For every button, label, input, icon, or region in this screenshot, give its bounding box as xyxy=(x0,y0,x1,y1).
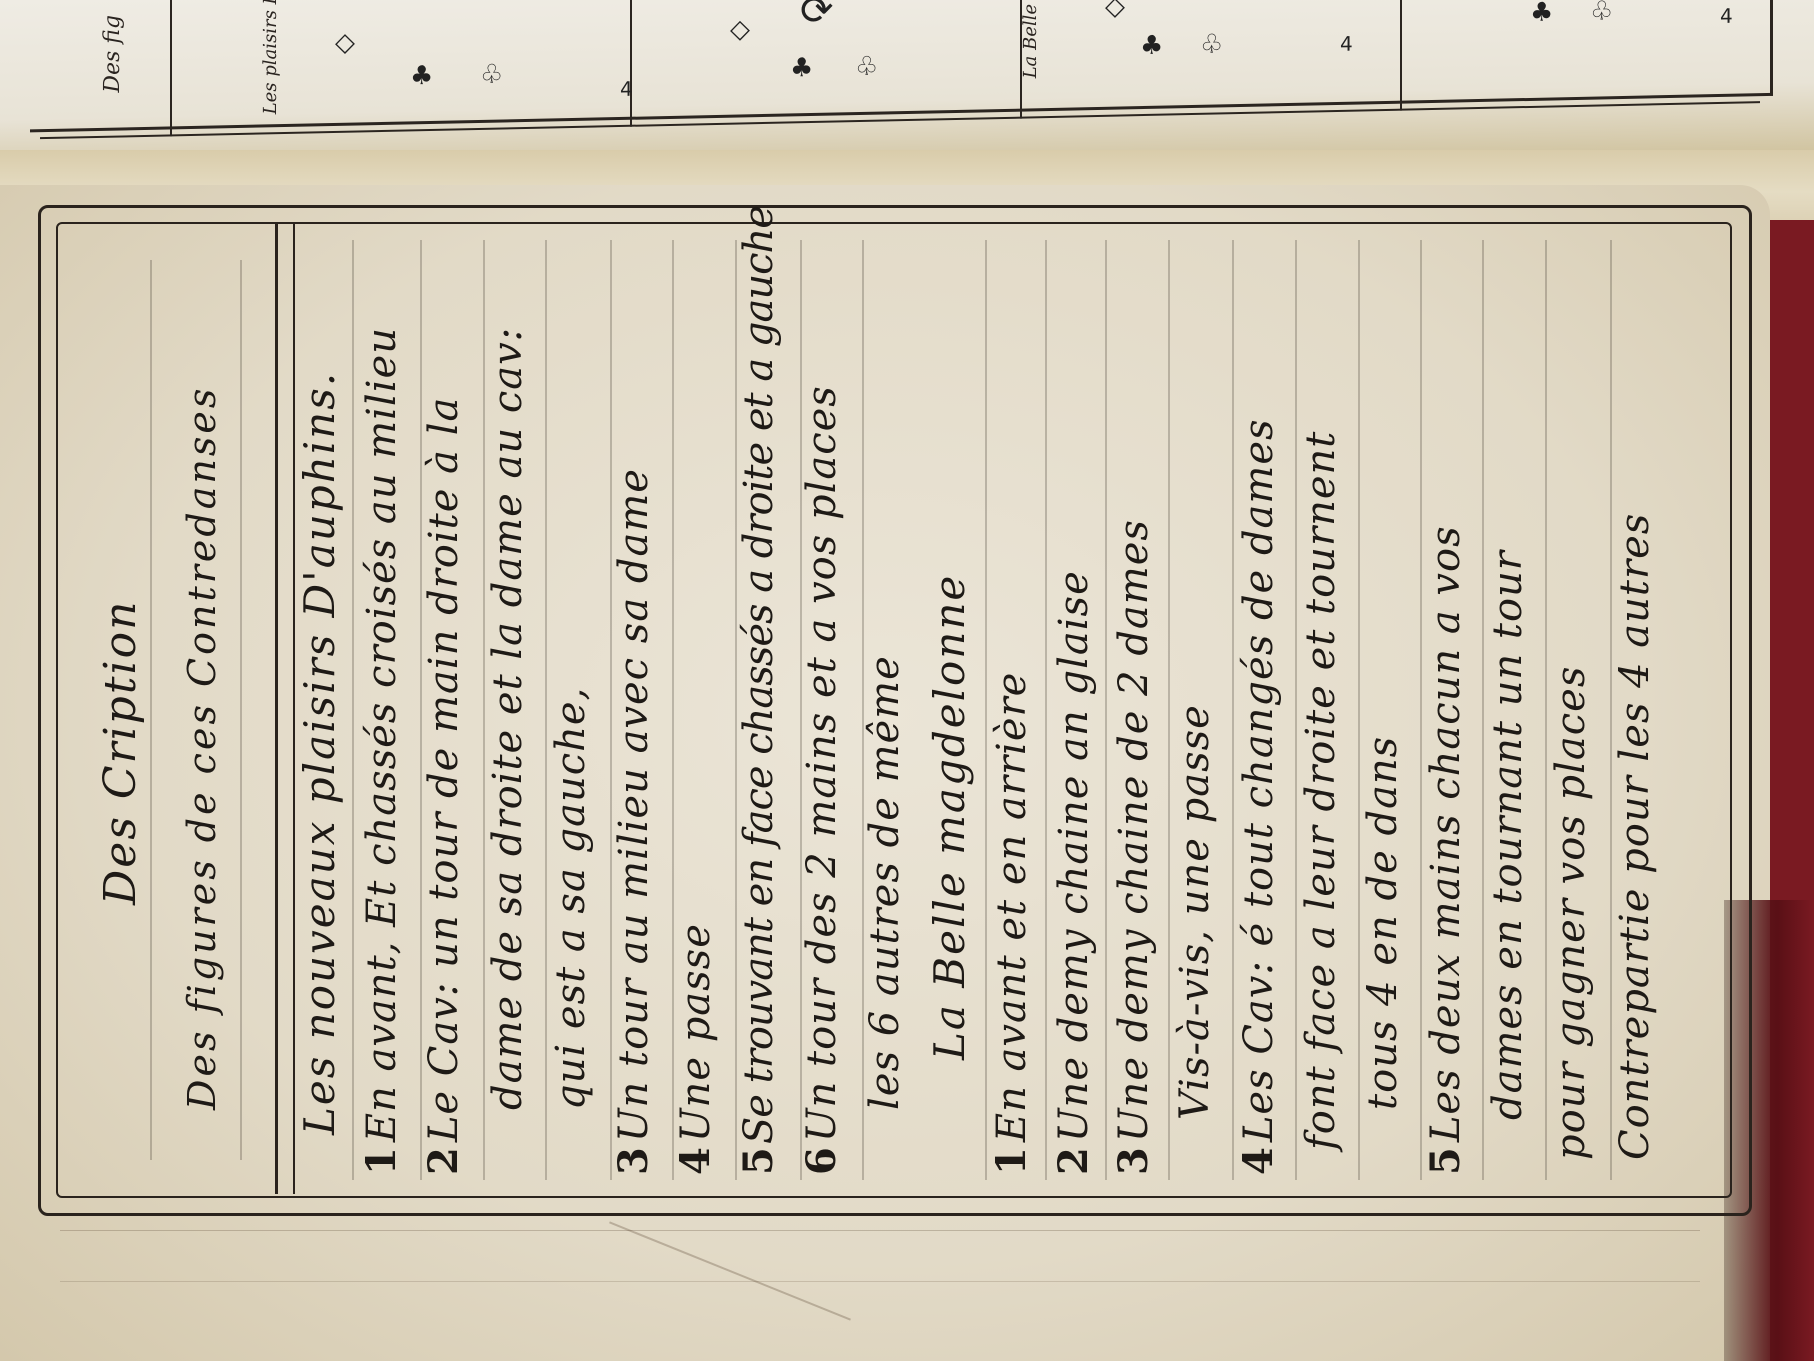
club-filled-icon: ♣ xyxy=(1140,31,1163,61)
line-text: Le Cav: un tour de main droite à la xyxy=(421,397,467,1143)
dance-line: 5Les deux mains chacun a vos xyxy=(1422,525,1469,1175)
club-filled-icon: ♣ xyxy=(1530,0,1553,28)
dance-line: 1En avant et en arrière xyxy=(988,672,1035,1175)
previous-page-divider xyxy=(170,0,172,136)
dance-line: font face a leur droite et tournent xyxy=(1298,431,1344,1150)
club-outline-icon: ♧ xyxy=(1200,29,1223,59)
dance-line: dames en tournant un tour xyxy=(1485,550,1531,1120)
dance-line: 4Les Cav: é tout changés de dames xyxy=(1235,418,1282,1175)
line-text: Une demy chaine de 2 dames xyxy=(1111,519,1157,1142)
page-fore-edge xyxy=(60,1230,1700,1282)
dance-heading: Les nouveaux plaisirs D'auphins. xyxy=(295,371,344,1135)
figure-number: 4 xyxy=(672,1146,719,1175)
spade-circle-icon: ⟳ xyxy=(800,0,834,34)
line-text: En avant, Et chassés croisés au milieu xyxy=(359,327,405,1142)
line-text: Une passe xyxy=(673,923,719,1142)
club-filled-icon: ♣ xyxy=(410,61,433,91)
club-outline-icon: ♧ xyxy=(480,59,503,89)
club-outline-icon: ♧ xyxy=(1590,0,1613,27)
dance-line: les 6 autres de même xyxy=(862,655,908,1110)
dance-line: 4Une passe xyxy=(672,923,719,1175)
figure-number: 4 xyxy=(1340,32,1353,56)
line-text: Une demy chaine an glaise xyxy=(1051,570,1097,1142)
dance-line: pour gagner vos places xyxy=(1548,666,1594,1160)
figure-number: 5 xyxy=(1422,1146,1469,1175)
club-filled-icon: ♣ xyxy=(790,53,813,83)
dance-line: 3Une demy chaine de 2 dames xyxy=(1110,519,1157,1175)
line-text: Contrepartie pour les 4 autres xyxy=(1612,513,1658,1160)
figure-number: 1 xyxy=(988,1146,1035,1175)
diamond-icon: ◇ xyxy=(335,28,355,58)
previous-page-label: Des fig xyxy=(100,15,125,93)
dance-line: Contrepartie pour les 4 autres xyxy=(1612,513,1658,1160)
line-text: dame de sa droite et la dame au cav: xyxy=(485,327,531,1110)
club-outline-icon: ♧ xyxy=(855,52,878,82)
line-text: En avant et en arrière xyxy=(989,672,1035,1142)
dance-line: dame de sa droite et la dame au cav: xyxy=(485,327,531,1110)
previous-page-label: La Belle magde xyxy=(1020,0,1041,79)
line-text: les 6 autres de même xyxy=(862,655,908,1110)
dance-line: 1En avant, Et chassés croisés au milieu xyxy=(358,327,405,1175)
previous-page-divider xyxy=(1400,0,1402,111)
line-text: Un tour au milieu avec sa dame xyxy=(611,468,657,1142)
dance-line: 3Un tour au milieu avec sa dame xyxy=(610,468,657,1175)
line-text: Les deux mains chacun a vos xyxy=(1423,525,1469,1142)
line-text: dames en tournant un tour xyxy=(1485,550,1531,1120)
figure-number: 4 xyxy=(1235,1146,1282,1175)
dance-line: 2Une demy chaine an glaise xyxy=(1050,570,1097,1175)
dance-line: tous 4 en de dans xyxy=(1360,736,1406,1110)
title-column-divider xyxy=(275,222,278,1194)
figure-number: 4 xyxy=(620,77,633,101)
page-subtitle: Des figures de ces Contredanses xyxy=(180,386,224,1110)
figure-number: 3 xyxy=(1110,1146,1157,1175)
dance-line: Vis-à-vis, une passe xyxy=(1172,704,1218,1120)
line-text: Se trouvant en face chassés a droite et … xyxy=(736,206,782,1144)
page-title: Des Cription xyxy=(95,600,146,905)
dance-line: 2Le Cav: un tour de main droite à la xyxy=(420,397,467,1175)
line-text: Les Cav: é tout changés de dames xyxy=(1236,418,1282,1142)
line-text: qui est a sa gauche, xyxy=(548,687,594,1110)
line-text: font face a leur droite et tournent xyxy=(1298,431,1344,1150)
previous-page-divider xyxy=(630,0,632,127)
dance-line: 6Un tour des 2 mains et a vos places xyxy=(798,385,845,1175)
dance-heading: La Belle magdelonne xyxy=(925,574,974,1060)
figure-number: 3 xyxy=(610,1146,657,1175)
dance-line: qui est a sa gauche, xyxy=(548,687,594,1110)
line-text: Un tour des 2 mains et a vos places xyxy=(799,385,845,1142)
previous-page-frame xyxy=(30,0,1773,132)
figure-number: 5 xyxy=(735,1148,782,1175)
figure-number: 1 xyxy=(358,1146,405,1175)
line-text: Vis-à-vis, une passe xyxy=(1172,704,1218,1120)
diamond-icon: ◇ xyxy=(1105,0,1125,22)
figure-number: 4 xyxy=(1720,4,1733,28)
figure-number: 2 xyxy=(420,1146,467,1175)
previous-page-label: Les plaisirs D'auphins xyxy=(260,0,281,115)
line-text: tous 4 en de dans xyxy=(1360,736,1406,1110)
dance-line: 5Se trouvant en face chassés a droite et… xyxy=(735,206,782,1175)
figure-number: 2 xyxy=(1050,1146,1097,1175)
diamond-icon: ◇ xyxy=(730,14,750,44)
line-text: pour gagner vos places xyxy=(1548,666,1594,1160)
figure-number: 6 xyxy=(798,1146,845,1175)
